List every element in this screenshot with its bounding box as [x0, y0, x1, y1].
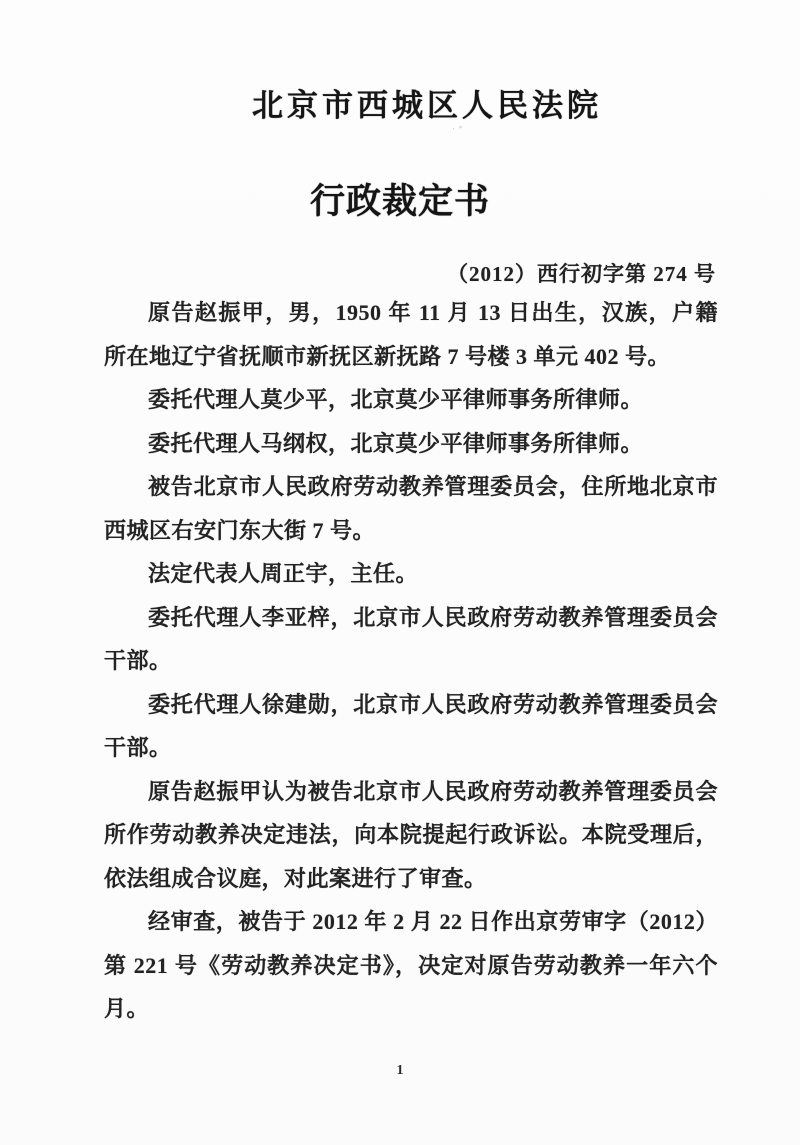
paragraph-agent-2: 委托代理人马纲权，北京莫少平律师事务所律师。	[104, 422, 718, 466]
paragraph-defendant: 被告北京市人民政府劳动教养管理委员会，住所地北京市西城区右安门东大街 7 号。	[104, 465, 718, 552]
scan-artifact: ·﹡	[451, 120, 467, 135]
document-body: 原告赵振甲，男，1950 年 11 月 13 日出生，汉族，户籍所在地辽宁省抚顺…	[104, 291, 718, 1031]
document-title: 行政裁定书	[0, 174, 800, 224]
paragraph-defendant-agent-1: 委托代理人李亚梓，北京市人民政府劳动教养管理委员会干部。	[104, 596, 718, 683]
scanned-document-page: 北京市西城区人民法院 ·﹡ 行政裁定书 （2012）西行初字第 274 号 原告…	[0, 0, 800, 1145]
case-number: （2012）西行初字第 274 号	[447, 258, 716, 288]
paragraph-review-finding: 经审查，被告于 2012 年 2 月 22 日作出京劳审字（2012）第 221…	[104, 900, 718, 1031]
page-number: 1	[0, 1063, 800, 1079]
paragraph-legal-representative: 法定代表人周正宇，主任。	[104, 552, 718, 596]
paragraph-claim: 原告赵振甲认为被告北京市人民政府劳动教养管理委员会所作劳动教养决定违法，向本院提…	[104, 770, 718, 901]
court-name-heading: 北京市西城区人民法院	[0, 80, 800, 125]
paragraph-agent-1: 委托代理人莫少平，北京莫少平律师事务所律师。	[104, 378, 718, 422]
paragraph-plaintiff: 原告赵振甲，男，1950 年 11 月 13 日出生，汉族，户籍所在地辽宁省抚顺…	[104, 291, 718, 378]
paragraph-defendant-agent-2: 委托代理人徐建勋，北京市人民政府劳动教养管理委员会干部。	[104, 683, 718, 770]
